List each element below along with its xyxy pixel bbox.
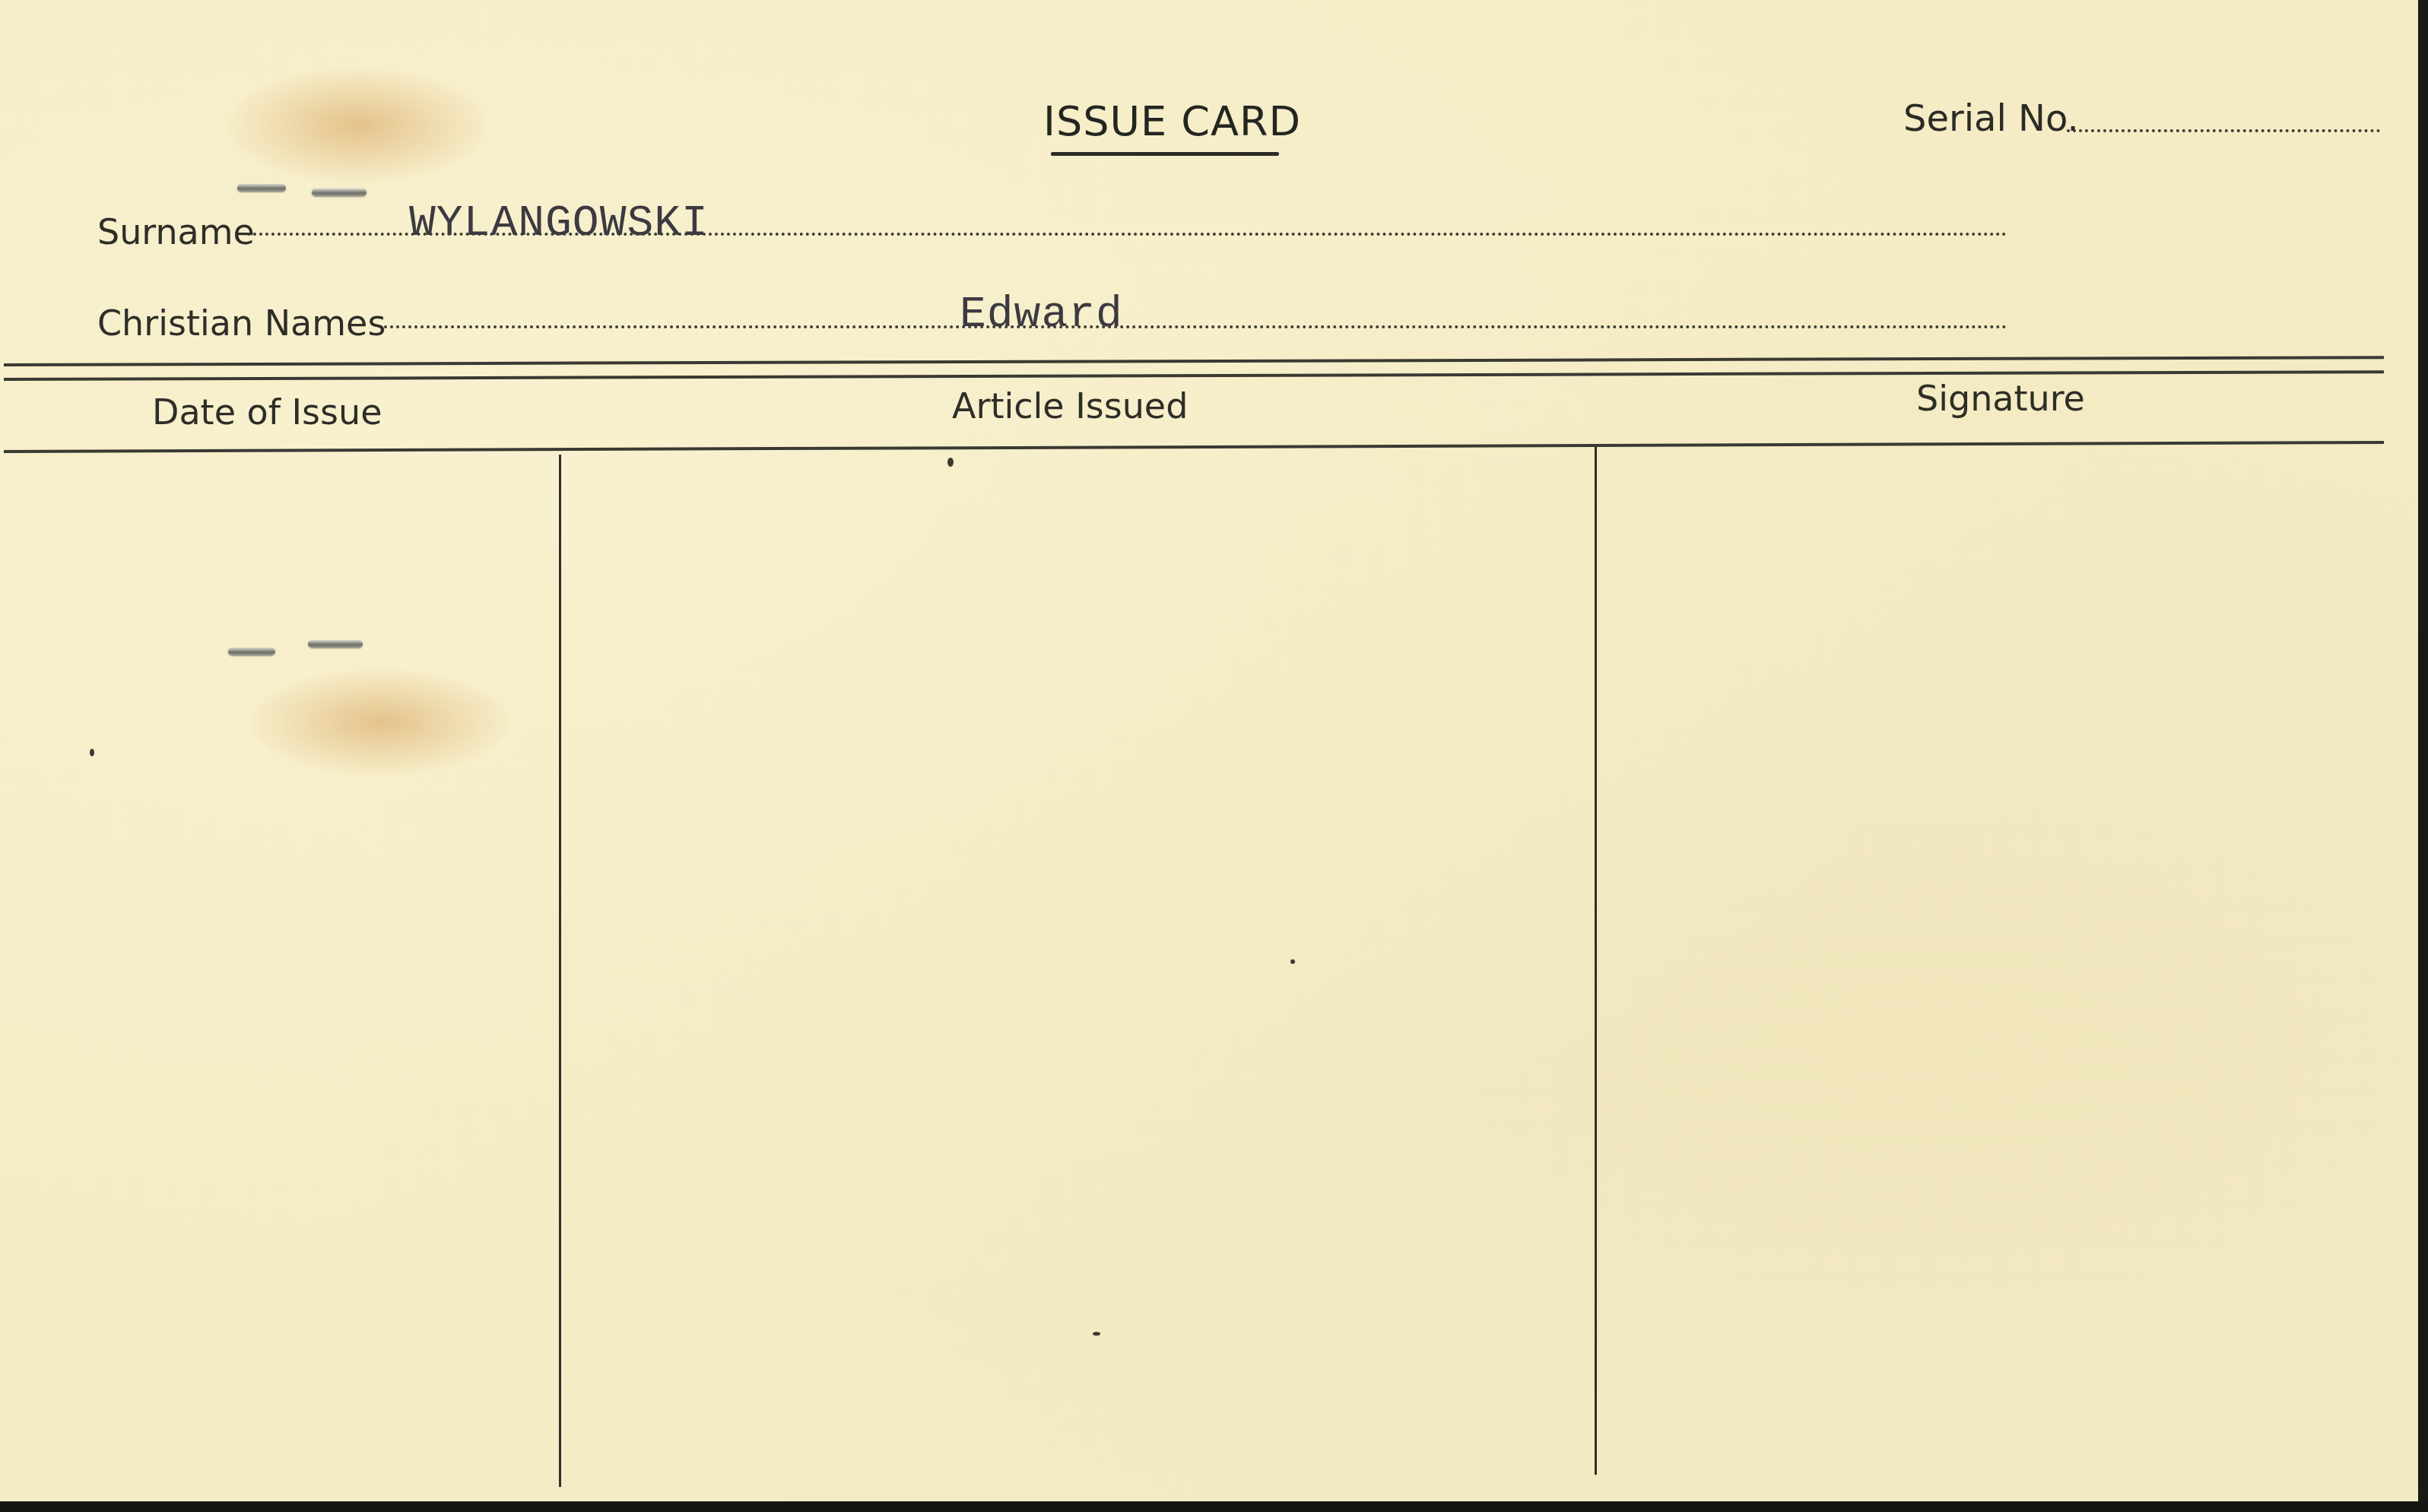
article-issued-column[interactable] xyxy=(563,456,1593,1490)
christian-names-label: Christian Names xyxy=(97,303,386,344)
table-header-divider xyxy=(4,441,2384,453)
ink-speck xyxy=(1290,959,1295,964)
column-header-article-issued: Article Issued xyxy=(952,385,1188,426)
ink-speck xyxy=(90,749,94,756)
card-right-edge xyxy=(2418,0,2428,1512)
surname-label: Surname xyxy=(97,211,255,252)
column-header-signature: Signature xyxy=(1916,378,2085,419)
rust-stain-top xyxy=(228,68,487,182)
page-title: ISSUE CARD xyxy=(1043,97,1301,145)
divider-double-top xyxy=(4,356,2384,366)
serial-number-label: Serial No. xyxy=(1903,97,2079,140)
column-header-date-of-issue: Date of Issue xyxy=(152,391,382,433)
christian-names-value[interactable]: Edward xyxy=(960,290,1123,340)
staple-icon xyxy=(312,189,367,196)
card-bottom-edge xyxy=(0,1501,2428,1512)
signature-column[interactable] xyxy=(1598,452,2416,1486)
staple-icon xyxy=(237,184,286,192)
column-divider-1 xyxy=(559,455,561,1487)
ink-speck xyxy=(947,458,954,467)
surname-value[interactable]: WYLANGOWSKI xyxy=(409,199,709,249)
column-divider-2 xyxy=(1595,447,1597,1475)
issue-card: ISSUE CARD Serial No. Surname WYLANGOWSK… xyxy=(0,0,2418,1501)
christian-names-field-line xyxy=(384,325,2007,328)
title-underline xyxy=(1051,152,1279,156)
ink-speck xyxy=(1093,1332,1100,1336)
date-of-issue-column[interactable] xyxy=(4,456,557,1490)
serial-number-field[interactable] xyxy=(2067,129,2380,132)
